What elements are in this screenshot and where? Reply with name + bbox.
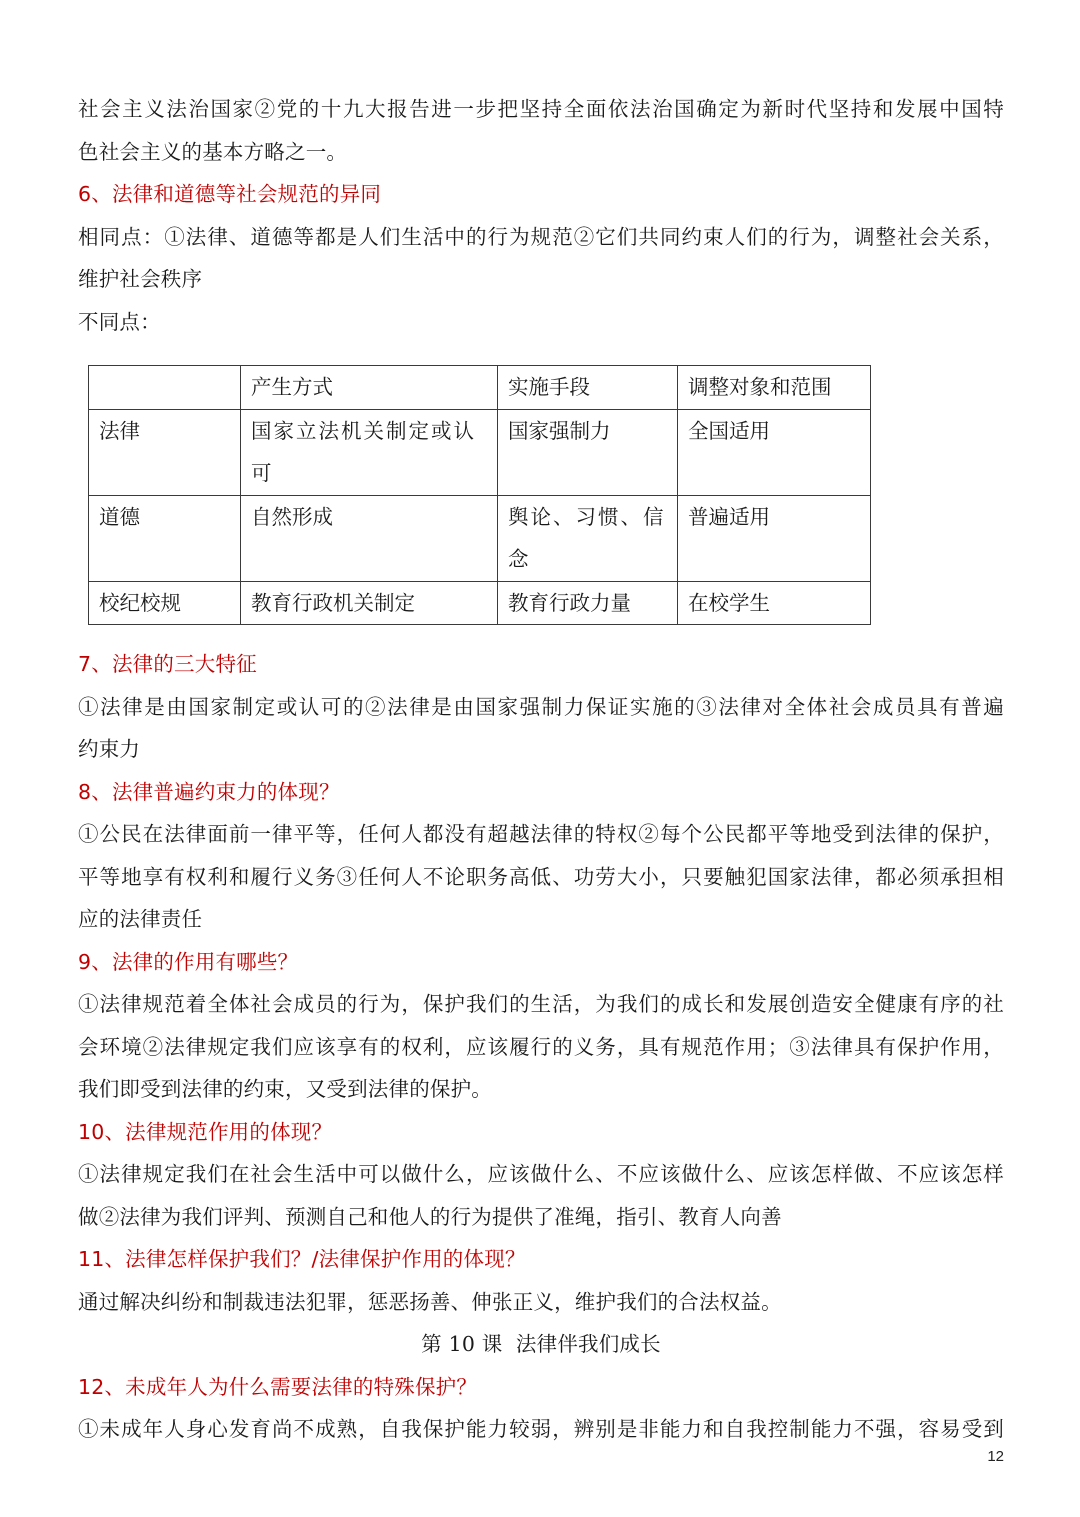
table-cell: 教育行政机关制定 <box>241 581 498 625</box>
table-header-cell: 实施手段 <box>498 366 678 410</box>
section-11-heading: 11、法律怎样保护我们？/法律保护作用的体现？ <box>78 1238 1008 1281</box>
section-12-heading: 12、未成年人为什么需要法律的特殊保护？ <box>78 1366 1008 1409</box>
table-cell: 在校学生 <box>678 581 871 625</box>
table-cell: 道德 <box>89 495 241 581</box>
comparison-table: 产生方式 实施手段 调整对象和范围 法律 国家立法机关制定或认可 国家强制力 全… <box>88 365 871 625</box>
table-cell: 舆论、习惯、信念 <box>498 495 678 581</box>
section-10-line-2: 做②法律为我们评判、预测自己和他人的行为提供了准绳，指引、教育人向善 <box>78 1196 1008 1239</box>
table-cell: 自然形成 <box>241 495 498 581</box>
intro-line-1: 社会主义法治国家②党的十九大报告进一步把坚持全面依法治国确定为新时代坚持和发展中… <box>78 88 1004 131</box>
table-cell: 国家立法机关制定或认可 <box>241 409 498 495</box>
section-7-line-1: ①法律是由国家制定或认可的②法律是由国家强制力保证实施的③法律对全体社会成员具有… <box>78 686 1004 729</box>
table-cell: 教育行政力量 <box>498 581 678 625</box>
table-header-cell <box>89 366 241 410</box>
section-10-heading: 10、法律规范作用的体现？ <box>78 1111 1008 1154</box>
table-row: 校纪校规 教育行政机关制定 教育行政力量 在校学生 <box>89 581 871 625</box>
section-7-line-2: 约束力 <box>78 728 1008 771</box>
section-10-line-1: ①法律规定我们在社会生活中可以做什么，应该做什么、不应该做什么、应该怎样做、不应… <box>78 1153 1004 1196</box>
table-header-cell: 产生方式 <box>241 366 498 410</box>
table-cell: 国家强制力 <box>498 409 678 495</box>
section-8-line-3: 应的法律责任 <box>78 898 1008 941</box>
section-9-line-3: 我们即受到法律的约束，又受到法律的保护。 <box>78 1068 1008 1111</box>
table-cell: 校纪校规 <box>89 581 241 625</box>
table-row: 道德 自然形成 舆论、习惯、信念 普遍适用 <box>89 495 871 581</box>
page-number: 12 <box>987 1448 1004 1465</box>
section-9-line-1: ①法律规范着全体社会成员的行为，保护我们的生活，为我们的成长和发展创造安全健康有… <box>78 983 1004 1026</box>
table-cell: 全国适用 <box>678 409 871 495</box>
table-header-cell: 调整对象和范围 <box>678 366 871 410</box>
table-cell: 普遍适用 <box>678 495 871 581</box>
section-6-same-line-1: 相同点：①法律、道德等都是人们生活中的行为规范②它们共同约束人们的行为，调整社会… <box>78 216 1004 259</box>
section-9-heading: 9、法律的作用有哪些？ <box>78 941 1008 984</box>
document-page: 社会主义法治国家②党的十九大报告进一步把坚持全面依法治国确定为新时代坚持和发展中… <box>78 88 1008 1451</box>
section-6-diff-label: 不同点： <box>78 301 1008 344</box>
comparison-table-wrapper: 产生方式 实施手段 调整对象和范围 法律 国家立法机关制定或认可 国家强制力 全… <box>88 365 1008 625</box>
table-row: 法律 国家立法机关制定或认可 国家强制力 全国适用 <box>89 409 871 495</box>
table-header-row: 产生方式 实施手段 调整对象和范围 <box>89 366 871 410</box>
section-9-line-2: 会环境②法律规定我们应该享有的权利，应该履行的义务，具有规范作用；③法律具有保护… <box>78 1026 1004 1069</box>
intro-line-2: 色社会主义的基本方略之一。 <box>78 131 1008 174</box>
section-7-heading: 7、法律的三大特征 <box>78 643 1008 686</box>
section-6-same-line-2: 维护社会秩序 <box>78 258 1008 301</box>
section-11-line-1: 通过解决纠纷和制裁违法犯罪，惩恶扬善、伸张正义，维护我们的合法权益。 <box>78 1281 1008 1324</box>
section-12-line-1: ①未成年人身心发育尚不成熟，自我保护能力较弱，辨别是非能力和自我控制能力不强，容… <box>78 1408 1004 1451</box>
lesson-title: 第 10 课 法律伴我们成长 <box>78 1323 1004 1366</box>
section-6-heading: 6、法律和道德等社会规范的异同 <box>78 173 1008 216</box>
section-8-line-2: 平等地享有权利和履行义务③任何人不论职务高低、功劳大小，只要触犯国家法律，都必须… <box>78 856 1004 899</box>
table-cell: 法律 <box>89 409 241 495</box>
section-8-heading: 8、法律普遍约束力的体现？ <box>78 771 1008 814</box>
section-8-line-1: ①公民在法律面前一律平等，任何人都没有超越法律的特权②每个公民都平等地受到法律的… <box>78 813 1004 856</box>
